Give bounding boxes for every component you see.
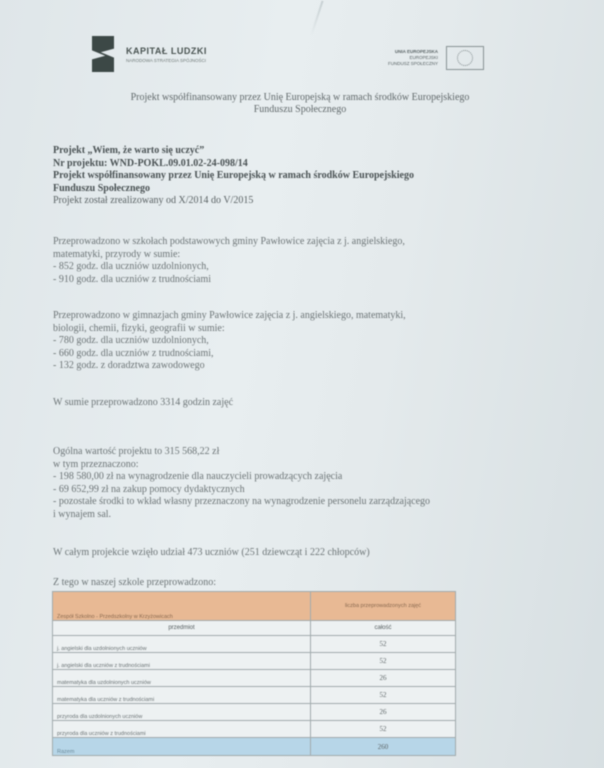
participants-text: W całym projekcie wzięło udział 473 uczn…	[53, 547, 553, 560]
table-row: matematyka dla uzdolnionych uczniów 26	[53, 670, 456, 687]
budget-item: i wynajem sal.	[53, 509, 553, 522]
total-hours-text: W sumie przeprowadzono 3314 godzin zajęć	[53, 397, 553, 410]
row-value: 26	[311, 670, 456, 687]
header-note-line1: Projekt współfinansowany przez Unię Euro…	[60, 92, 540, 104]
paper-crease	[310, 1, 323, 36]
table-row: przyroda dla uczniów z trudnościami 52	[53, 721, 456, 738]
project-cofinance-1: Projekt współfinansowany przez Unię Euro…	[53, 170, 553, 183]
budget-item: - 198 580,00 zł na wynagrodzenie dla nau…	[53, 471, 553, 484]
middle-schools-section: Przeprowadzono w gimnazjach gminy Pawłow…	[53, 310, 553, 373]
logo-subtitle: NARODOWA STRATEGIA SPÓJNOŚCI	[126, 58, 207, 63]
participants: W całym projekcie wzięło udział 473 uczn…	[53, 547, 553, 560]
budget-intro: w tym przeznaczono:	[53, 459, 553, 472]
header-cofinance-note: Projekt współfinansowany przez Unię Euro…	[60, 92, 540, 116]
row-subject: j. angielski dla uczniów z trudnościami	[53, 653, 311, 670]
eu-flag-icon	[446, 46, 484, 70]
header-count: liczba przeprowadzonych zajęć	[311, 592, 456, 621]
table-row: j. angielski dla uzdolnionych uczniów 52	[53, 636, 456, 653]
middle-intro-1: Przeprowadzono w gimnazjach gminy Pawłow…	[53, 310, 553, 323]
budget-total: Ogólna wartość projektu to 315 568,22 zł	[53, 446, 553, 459]
middle-item: - 780 godz. dla uczniów uzdolnionych,	[53, 335, 553, 348]
primary-item: - 910 godz. dla uczniów z trudnościami	[53, 274, 553, 287]
primary-intro-2: matematyki, przyrody w sumie:	[53, 249, 553, 262]
row-subject: j. angielski dla uzdolnionych uczniów	[53, 636, 311, 653]
school-intro-text: Z tego w naszej szkole przeprowadzono:	[53, 577, 553, 590]
total-label: Razem	[53, 738, 311, 756]
total-value: 260	[311, 738, 456, 756]
project-cofinance-2: Funduszu Społecznego	[53, 183, 553, 196]
row-value: 52	[311, 721, 456, 738]
row-subject: matematyka dla uczniów z trudnościami	[53, 687, 311, 704]
table-header-row: Zespół Szkolno - Przedszkolny w Krzyżowi…	[53, 592, 456, 621]
project-name: Projekt „Wiem, że warto się uczyć”	[53, 145, 553, 158]
table-row: matematyka dla uczniów z trudnościami 52	[53, 687, 456, 704]
project-info: Projekt „Wiem, że warto się uczyć” Nr pr…	[53, 145, 553, 208]
eu-stars-icon	[457, 50, 473, 66]
header-school: Zespół Szkolno - Przedszkolny w Krzyżowi…	[53, 592, 311, 621]
middle-item: - 132 godz. z doradztwa zawodowego	[53, 360, 553, 373]
hours-table: Zespół Szkolno - Przedszkolny w Krzyżowi…	[52, 591, 456, 756]
budget-item: - pozostałe środki to wkład własny przez…	[53, 496, 553, 509]
table-row: przyroda dla uzdolnionych uczniów 26	[53, 704, 456, 721]
project-number: Nr projektu: WND-POKL.09.01.02-24-098/14	[53, 158, 553, 171]
primary-schools-section: Przeprowadzono w szkołach podstawowych g…	[53, 236, 553, 286]
row-value: 26	[311, 704, 456, 721]
kapital-ludzki-icon	[92, 36, 114, 72]
row-subject: przyroda dla uzdolnionych uczniów	[53, 704, 311, 721]
middle-intro-2: biologii, chemii, fizyki, geografii w su…	[53, 323, 553, 336]
school-intro: Z tego w naszej szkole przeprowadzono:	[53, 577, 553, 590]
kapital-ludzki-logo: KAPITAŁ LUDZKI NARODOWA STRATEGIA SPÓJNO…	[92, 36, 207, 72]
header-note-line2: Funduszu Społecznego	[60, 104, 540, 116]
logo-title: KAPITAŁ LUDZKI	[126, 46, 207, 56]
table-subheader-row: przedmiot całość	[53, 621, 456, 636]
total-hours: W sumie przeprowadzono 3314 godzin zajęć	[53, 397, 553, 410]
budget-section: Ogólna wartość projektu to 315 568,22 zł…	[53, 446, 553, 521]
row-value: 52	[311, 687, 456, 704]
middle-item: - 660 godz. dla uczniów z trudnościami,	[53, 348, 553, 361]
row-value: 52	[311, 653, 456, 670]
budget-item: - 69 652,99 zł na zakup pomocy dydaktycz…	[53, 484, 553, 497]
primary-intro-1: Przeprowadzono w szkołach podstawowych g…	[53, 236, 553, 249]
eu-logo: UNIA EUROPEJSKA EUROPEJSKI FUNDUSZ SPOŁE…	[388, 46, 484, 70]
subheader-subject: przedmiot	[53, 621, 311, 636]
row-subject: przyroda dla uczniów z trudnościami	[53, 721, 311, 738]
subheader-total: całość	[311, 621, 456, 636]
document-page: KAPITAŁ LUDZKI NARODOWA STRATEGIA SPÓJNO…	[0, 0, 604, 768]
row-subject: matematyka dla uzdolnionych uczniów	[53, 670, 311, 687]
project-period: Projekt został zrealizowany od X/2014 do…	[53, 195, 553, 208]
table-total-row: Razem 260	[53, 738, 456, 756]
row-value: 52	[311, 636, 456, 653]
primary-item: - 852 godz. dla uczniów uzdolnionych,	[53, 261, 553, 274]
eu-line3: FUNDUSZ SPOŁECZNY	[388, 61, 438, 67]
table-row: j. angielski dla uczniów z trudnościami …	[53, 653, 456, 670]
